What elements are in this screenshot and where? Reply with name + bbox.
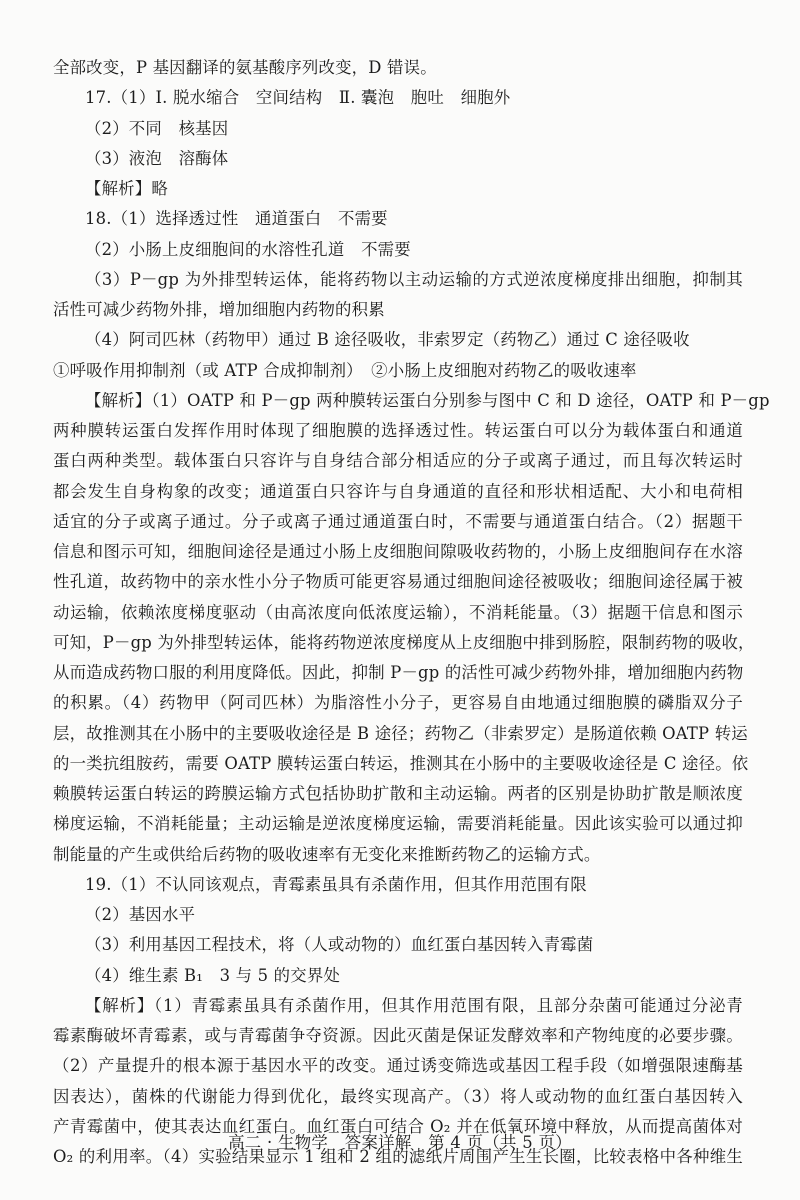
text-line: （3）P－gp 为外排型转运体，能将药物以主动运输的方式逆浓度梯度排出细胞，抑制… — [53, 265, 743, 295]
answer-document-body: 全部改变，P 基因翻译的氨基酸序列改变，D 错误。17.（1）Ⅰ. 脱水缩合 空… — [53, 53, 743, 1172]
text-line: 可知，P－gp 为外排型转运体，能将药物逆浓度梯度从上皮细胞中排到肠腔，限制药物… — [53, 628, 743, 658]
text-line: （2）基因水平 — [53, 900, 743, 930]
text-line: 的积累。（4）药物甲（阿司匹林）为脂溶性小分子，更容易自由地通过细胞膜的磷脂双分… — [53, 688, 743, 718]
text-line: 梯度运输，不消耗能量；主动运输是逆浓度梯度运输，需要消耗能量。因此该实验可以通过… — [53, 809, 743, 839]
text-line: （2）小肠上皮细胞间的水溶性孔道 不需要 — [53, 235, 743, 265]
text-line: 【解析】（1）OATP 和 P－gp 两种膜转运蛋白分别参与图中 C 和 D 途… — [53, 386, 743, 416]
text-line: 信息和图示可知，细胞间途径是通过小肠上皮细胞间隙吸收药物的，小肠上皮细胞间存在水… — [53, 537, 743, 567]
text-line: （4）阿司匹林（药物甲）通过 B 途径吸收，非索罗定（药物乙）通过 C 途径吸收 — [53, 325, 743, 355]
text-line: 霉素酶破坏青霉素，或与青霉菌争夺资源。因此灭菌是保证发酵效率和产物纯度的必要步骤… — [53, 1021, 743, 1051]
text-line: ①呼吸作用抑制剂（或 ATP 合成抑制剂） ②小肠上皮细胞对药物乙的吸收速率 — [53, 356, 743, 386]
text-line: 18.（1）选择透过性 通道蛋白 不需要 — [53, 204, 743, 234]
text-line: 两种膜转运蛋白发挥作用时体现了细胞膜的选择透过性。转运蛋白可以分为载体蛋白和通道 — [53, 416, 743, 446]
text-line: （2）产量提升的根本源于基因水平的改变。通过诱变筛选或基因工程手段（如增强限速酶… — [53, 1051, 743, 1081]
text-line: 全部改变，P 基因翻译的氨基酸序列改变，D 错误。 — [53, 53, 743, 83]
text-line: 19.（1）不认同该观点，青霉素虽具有杀菌作用，但其作用范围有限 — [53, 870, 743, 900]
text-line: 层，故推测其在小肠中的主要吸收途径是 B 途径；药物乙（非索罗定）是肠道依赖 O… — [53, 719, 743, 749]
text-line: 都会发生自身构象的改变；通道蛋白只容许与自身通道的直径和形状相适配、大小和电荷相 — [53, 477, 743, 507]
text-line: 从而造成药物口服的利用度降低。因此，抑制 P－gp 的活性可减少药物外排，增加细… — [53, 658, 743, 688]
text-line: 动运输，依赖浓度梯度驱动（由高浓度向低浓度运输），不消耗能量。（3）据题干信息和… — [53, 598, 743, 628]
text-line: 性孔道，故药物中的亲水性小分子物质可能更容易通过细胞间途径被吸收；细胞间途径属于… — [53, 567, 743, 597]
text-line: 【解析】（1）青霉素虽具有杀菌作用，但其作用范围有限，且部分杂菌可能通过分泌青 — [53, 991, 743, 1021]
text-line: 赖膜转运蛋白转运的跨膜运输方式包括协助扩散和主动运输。两者的区别是协助扩散是顺浓… — [53, 779, 743, 809]
text-lines: 全部改变，P 基因翻译的氨基酸序列改变，D 错误。17.（1）Ⅰ. 脱水缩合 空… — [53, 53, 743, 1172]
text-line: 【解析】略 — [53, 174, 743, 204]
page-footer: 高二 · 生物学 答案详解 第 4 页（共 5 页） — [0, 1128, 800, 1158]
text-line: 因表达），菌株的代谢能力得到优化，最终实现高产。（3）将人或动物的血红蛋白基因转… — [53, 1082, 743, 1112]
text-line: 的一类抗组胺药，需要 OATP 膜转运蛋白转运，推测其在小肠中的主要吸收途径是 … — [53, 749, 743, 779]
text-line: 活性可减少药物外排，增加细胞内药物的积累 — [53, 295, 743, 325]
text-line: 蛋白两种类型。载体蛋白只容许与自身结合部分相适应的分子或离子通过，而且每次转运时 — [53, 446, 743, 476]
text-line: 制能量的产生或供给后药物的吸收速率有无变化来推断药物乙的运输方式。 — [53, 840, 743, 870]
text-line: （2）不同 核基因 — [53, 114, 743, 144]
text-line: 适宜的分子或离子通过。分子或离子通过通道蛋白时，不需要与通道蛋白结合。（2）据题… — [53, 507, 743, 537]
text-line: 17.（1）Ⅰ. 脱水缩合 空间结构 Ⅱ. 囊泡 胞吐 细胞外 — [53, 83, 743, 113]
text-line: （4）维生素 B₁ 3 与 5 的交界处 — [53, 961, 743, 991]
text-line: （3）利用基因工程技术，将（人或动物的）血红蛋白基因转入青霉菌 — [53, 930, 743, 960]
text-line: （3）液泡 溶酶体 — [53, 144, 743, 174]
